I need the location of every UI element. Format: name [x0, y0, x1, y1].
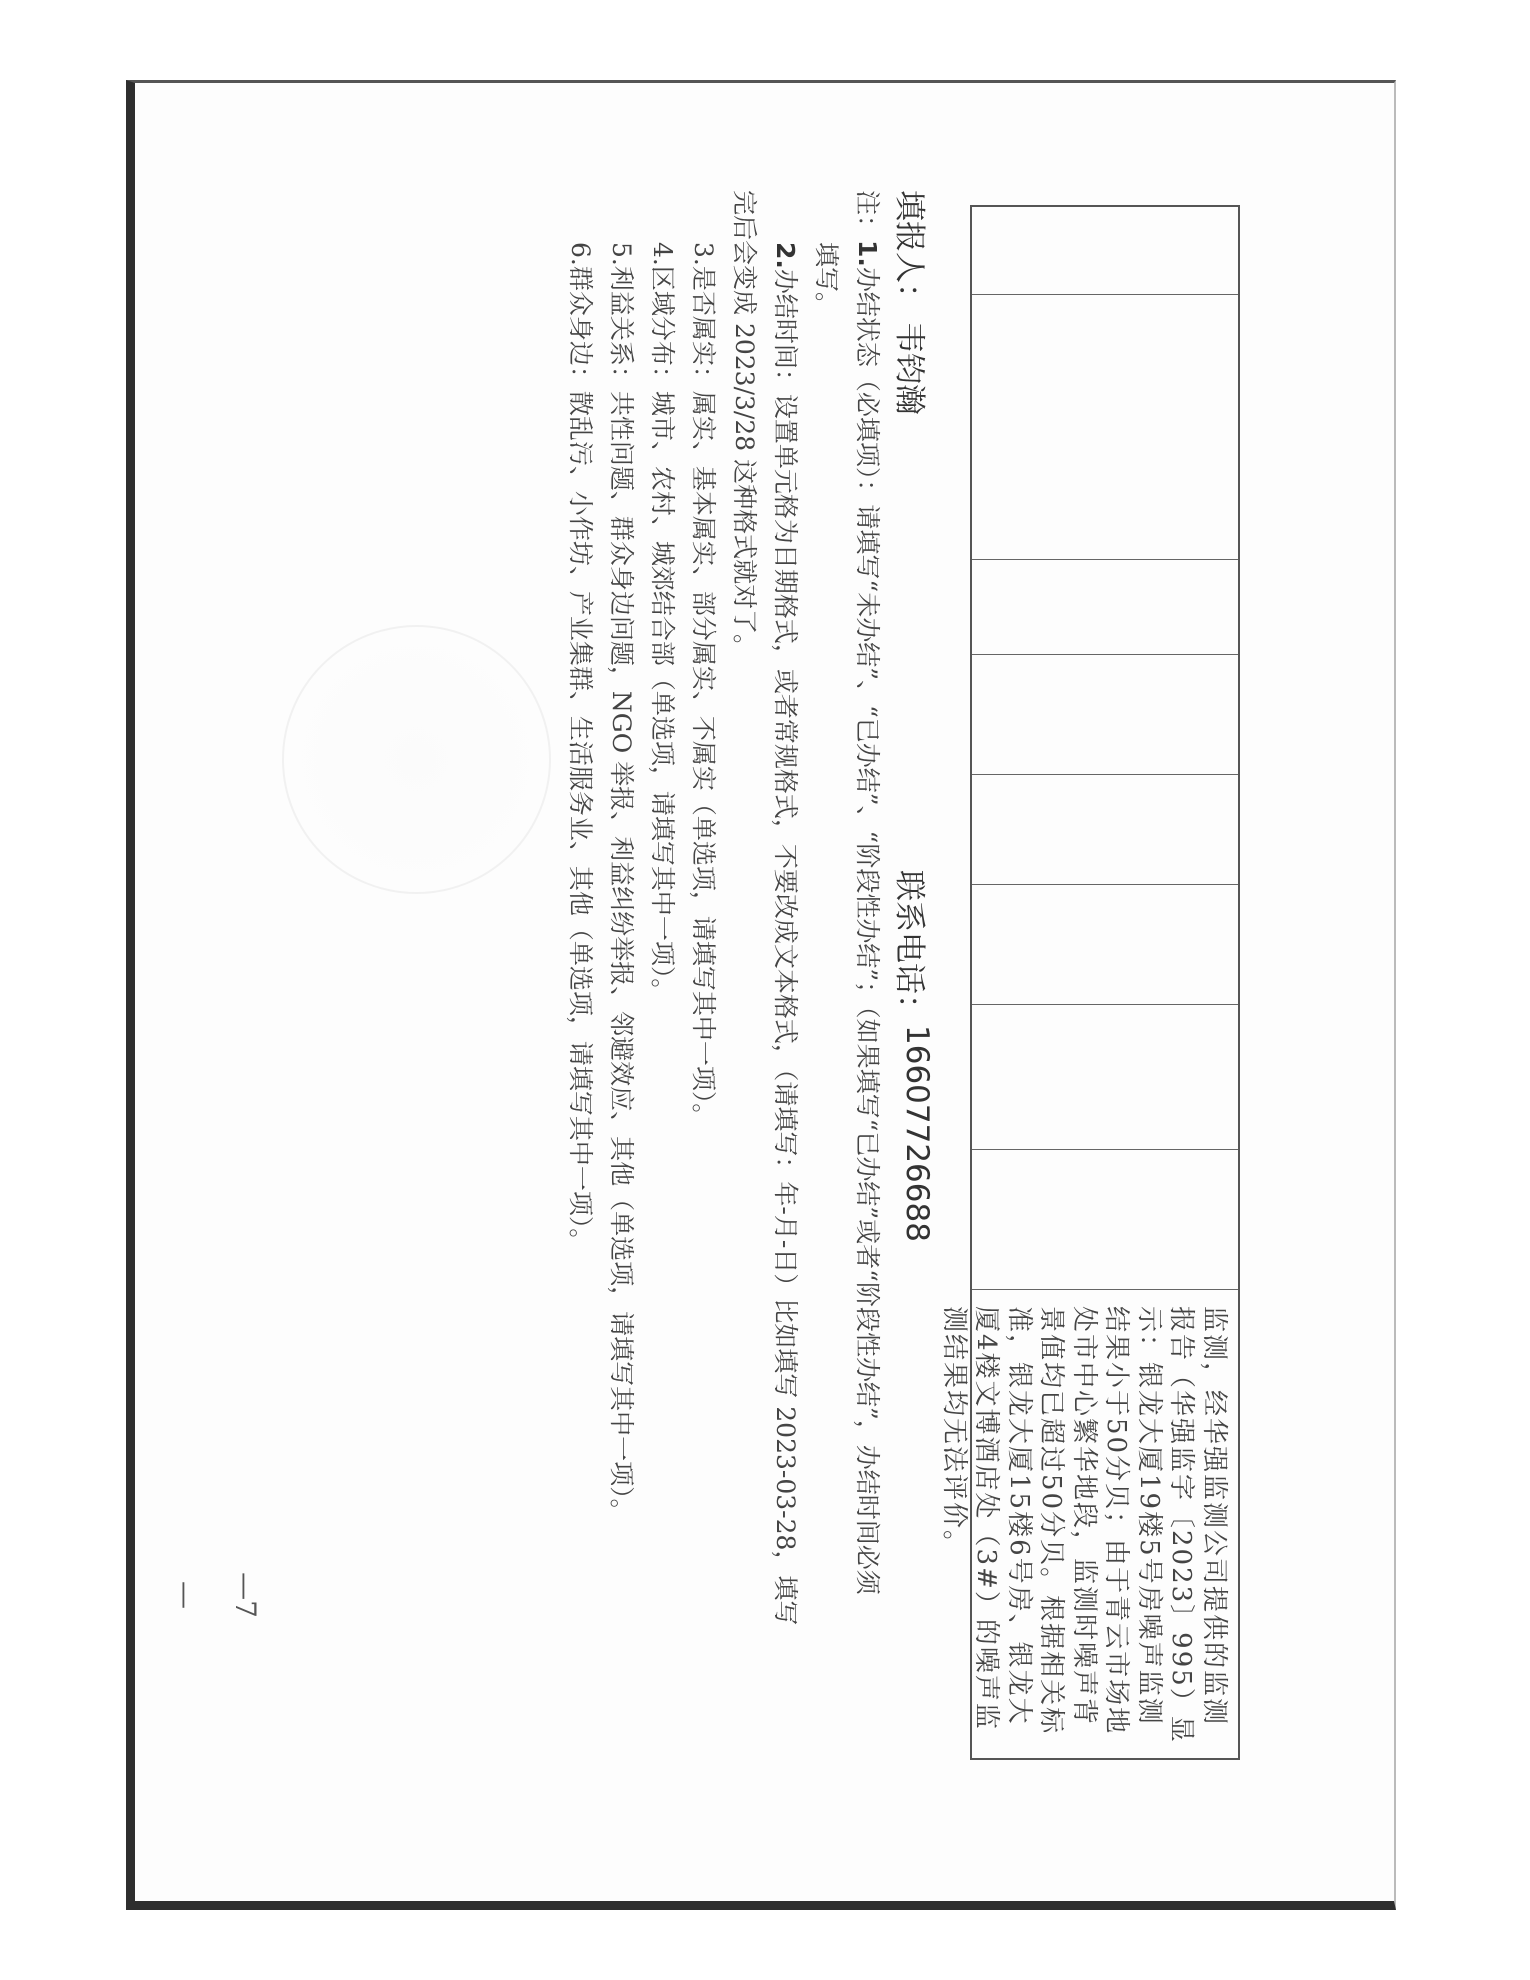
note-item-2-cont: 完后会变成 2023/3/28 这种格式就对了。	[724, 190, 765, 1790]
phone-label: 联系电话：	[890, 870, 935, 1025]
reporter-label: 填报人：	[890, 190, 935, 314]
table-cell	[972, 1005, 1238, 1150]
phone-number: 16607726688	[890, 1025, 935, 1242]
note-item-5: 5.利益关系：共性问题、群众身边问题，NGO 举报、利益纠纷举报、邻避效应、其他…	[601, 190, 642, 1790]
note-item-4: 4.区域分布：城市、农村、城郊结合部（单选项，请填写其中一项）。	[642, 190, 683, 1790]
note-item-1: 注：1.办结状态（必填项）：请填写“未办结”、“已办结”、“阶段性办结”；（如果…	[847, 190, 888, 1790]
reporter-line: 填报人： 韦钧瀚 联系电话： 16607726688	[890, 190, 935, 1790]
note-item-6: 6.群众身边：散乱污、小作坊、产业集群、生活服务业、其他（单选项，请填写其中一项…	[560, 190, 601, 1790]
table-cell	[972, 885, 1238, 1005]
rotated-content: 监测，经华强监测公司提供的监测报告（华强监字〔2023〕995）显示：银龙大厦1…	[540, 190, 1240, 1810]
page-number: —7—	[215, 1565, 275, 1625]
faded-seal-stamp	[282, 625, 551, 894]
reporter-name: 韦钧瀚	[890, 322, 935, 415]
notes-section: 注：1.办结状态（必填项）：请填写“未办结”、“已办结”、“阶段性办结”；（如果…	[560, 190, 888, 1790]
note-item-1-cont: 填写。	[806, 190, 847, 1790]
note-item-3: 3.是否属实：属实、基本属实、部分属实、不属实（单选项，请填写其中一项）。	[683, 190, 724, 1790]
complaint-table: 监测，经华强监测公司提供的监测报告（华强监字〔2023〕995）显示：银龙大厦1…	[970, 205, 1240, 1760]
note-item-2: 2.办结时间：设置单元格为日期格式，或者常规格式，不要改成文本格式，（请填写：年…	[765, 190, 806, 1790]
table-cell	[972, 295, 1238, 560]
monitoring-result-cell: 监测，经华强监测公司提供的监测报告（华强监字〔2023〕995）显示：银龙大厦1…	[972, 1290, 1238, 1758]
table-cell	[972, 1150, 1238, 1290]
table-cell	[972, 655, 1238, 775]
table-cell	[972, 775, 1238, 885]
table-cell	[972, 560, 1238, 655]
table-cell	[972, 207, 1238, 295]
